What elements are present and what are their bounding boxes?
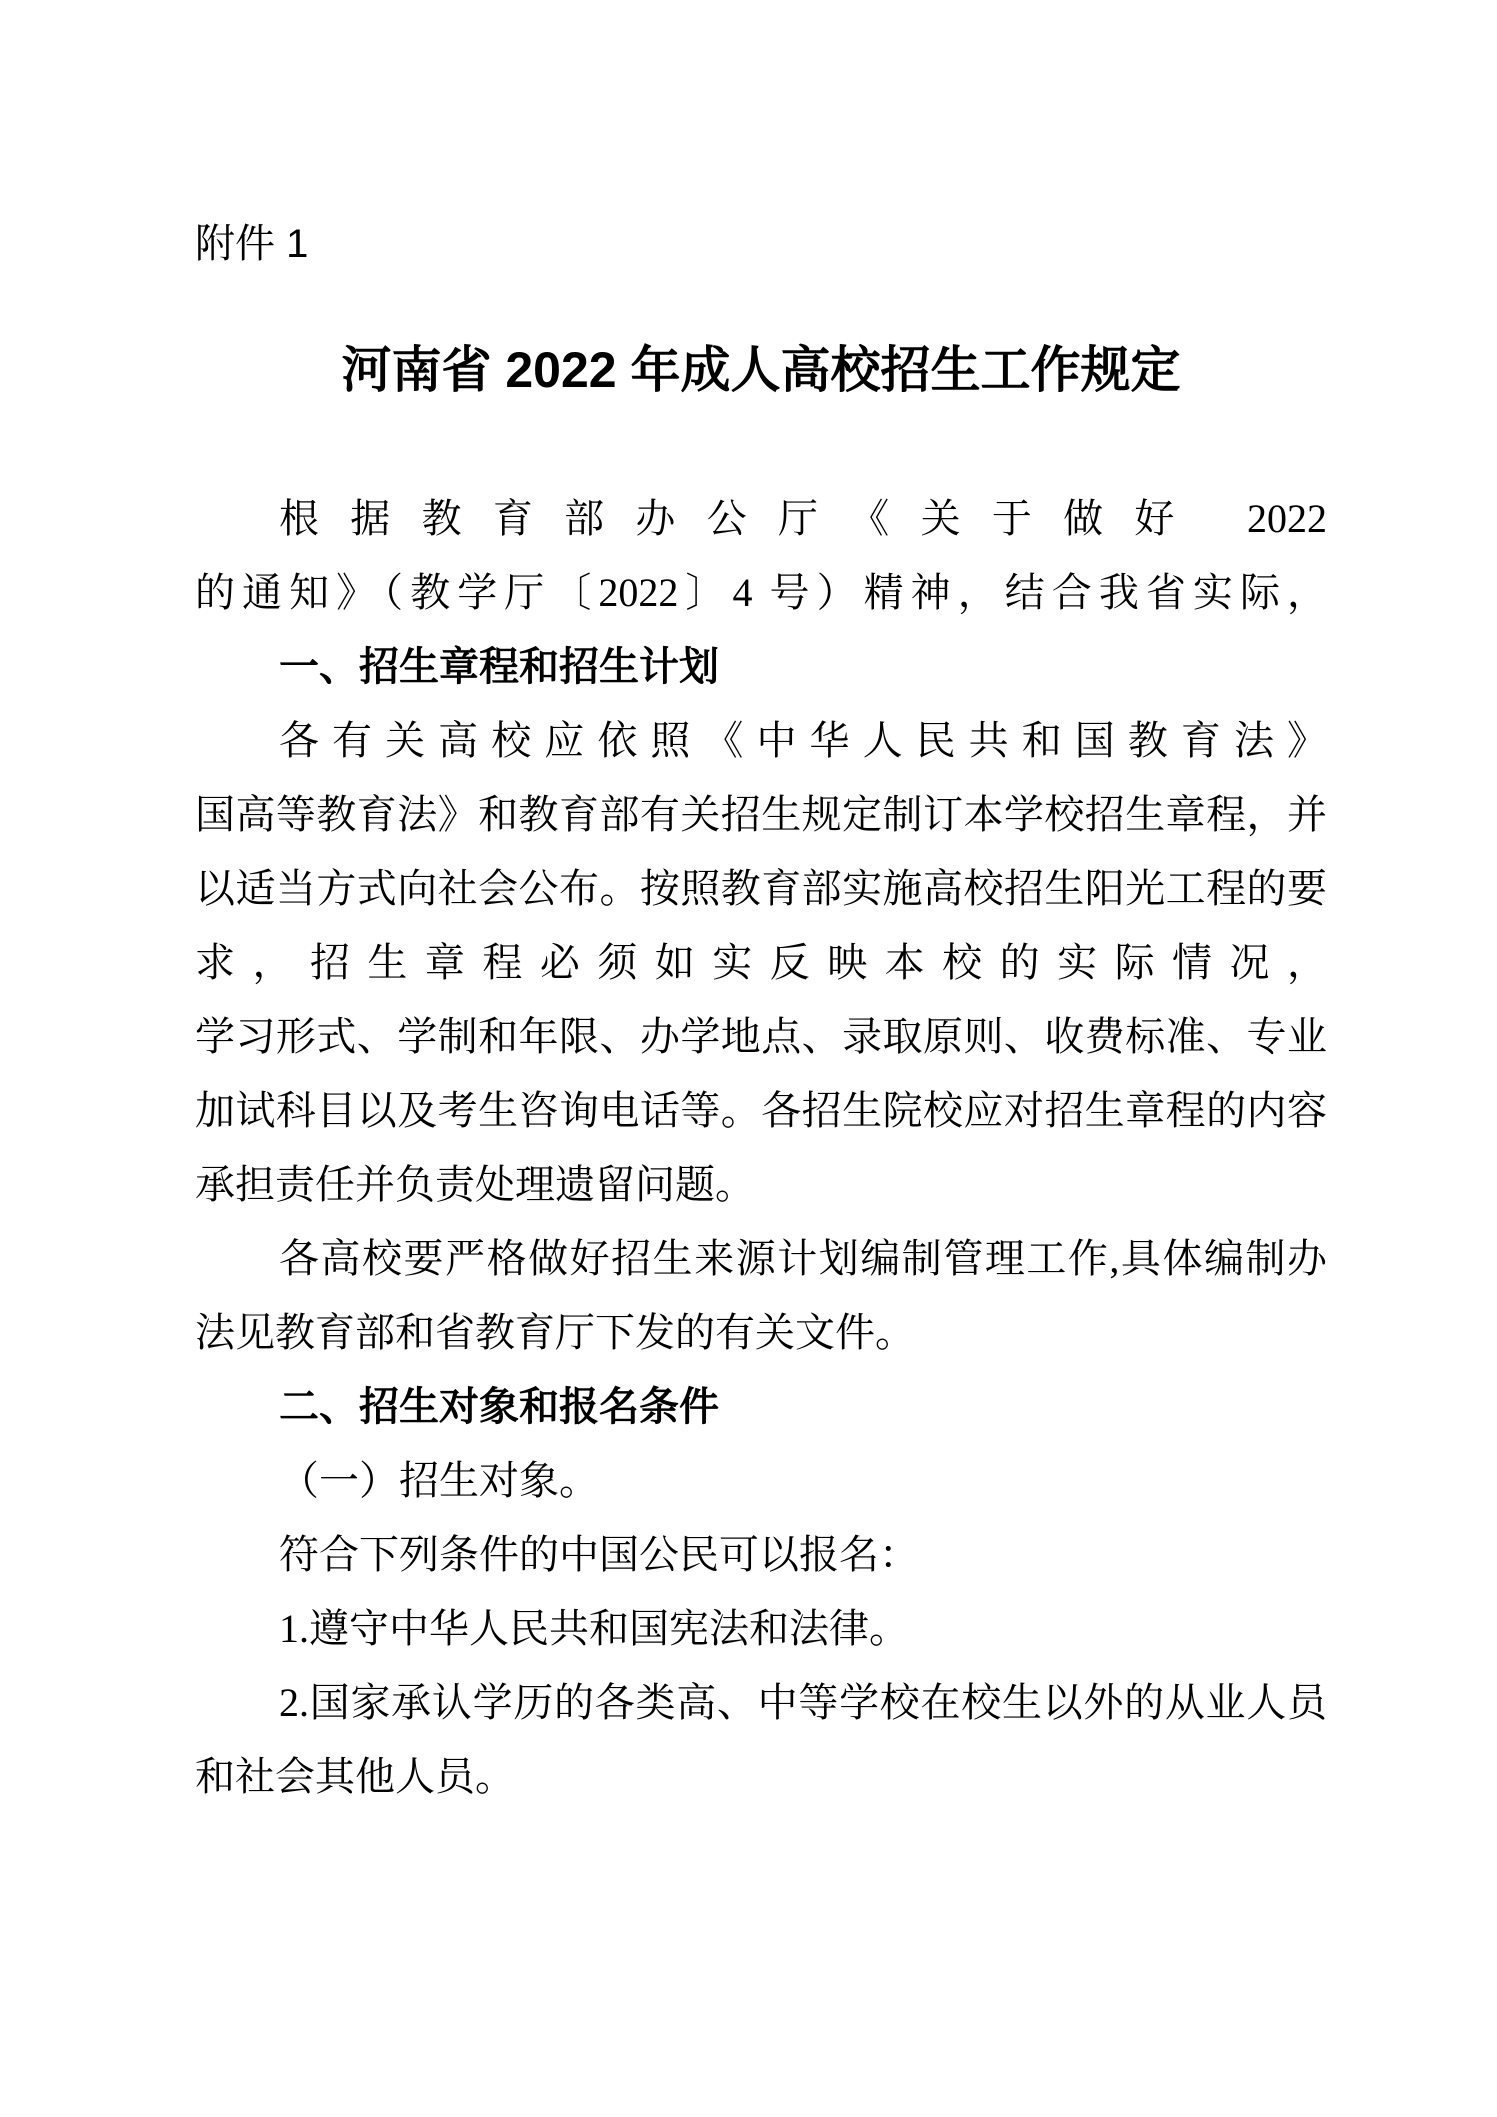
text-line: 的通知》（教学厅〔2022〕4 号）精神，结合我省实际，制定本规定。 <box>195 556 1327 630</box>
document-body: 根据教育部办公厅《关于做好 2022 年全国成人高校招生工作的通知》（教学厅〔2… <box>195 482 1327 1814</box>
paragraph: 符合下列条件的中国公民可以报名： <box>195 1518 1327 1592</box>
text-line: 符合下列条件的中国公民可以报名： <box>195 1518 1327 1592</box>
section-heading: 一、招生章程和招生计划 <box>195 630 1327 704</box>
paragraph: 各高校要严格做好招生来源计划编制管理工作,具体编制办法见教育部和省教育厅下发的有… <box>195 1222 1327 1370</box>
section-heading: 二、招生对象和报名条件 <box>195 1370 1327 1444</box>
attachment-label: 附件 1 <box>195 220 1327 268</box>
text-line: 法见教育部和省教育厅下发的有关文件。 <box>195 1296 1327 1370</box>
text-line: 2.国家承认学历的各类高、中等学校在校生以外的从业人员 <box>195 1666 1327 1740</box>
text-line: 1.遵守中华人民共和国宪法和法律。 <box>195 1592 1327 1666</box>
document-title: 河南省 2022 年成人高校招生工作规定 <box>195 340 1327 400</box>
paragraph: 各有关高校应依照《中华人民共和国教育法》《中华人民共和国高等教育法》和教育部有关… <box>195 704 1327 1222</box>
paragraph: 根据教育部办公厅《关于做好 2022 年全国成人高校招生工作的通知》（教学厅〔2… <box>195 482 1327 630</box>
document-page: 附件 1 河南省 2022 年成人高校招生工作规定 根据教育部办公厅《关于做好 … <box>0 0 1497 2117</box>
paragraph: 2.国家承认学历的各类高、中等学校在校生以外的从业人员和社会其他人员。 <box>195 1666 1327 1814</box>
text-line: 国高等教育法》和教育部有关招生规定制订本学校招生章程，并 <box>195 778 1327 852</box>
text-line: 承担责任并负责处理遗留问题。 <box>195 1148 1327 1222</box>
text-line: 和社会其他人员。 <box>195 1740 1327 1814</box>
text-line: 一、招生章程和招生计划 <box>195 630 1327 704</box>
text-line: （一）招生对象。 <box>195 1444 1327 1518</box>
paragraph: 1.遵守中华人民共和国宪法和法律。 <box>195 1592 1327 1666</box>
text-line: 各有关高校应依照《中华人民共和国教育法》《中华人民共和 <box>195 704 1327 778</box>
text-line: 以适当方式向社会公布。按照教育部实施高校招生阳光工程的要 <box>195 852 1327 926</box>
text-line: 根据教育部办公厅《关于做好 2022 年全国成人高校招生工作 <box>195 482 1327 556</box>
text-line: 各高校要严格做好招生来源计划编制管理工作,具体编制办 <box>195 1222 1327 1296</box>
text-line: 学习形式、学制和年限、办学地点、录取原则、收费标准、专业 <box>195 1000 1327 1074</box>
sub-heading: （一）招生对象。 <box>195 1444 1327 1518</box>
text-line: 二、招生对象和报名条件 <box>195 1370 1327 1444</box>
text-line: 加试科目以及考生咨询电话等。各招生院校应对招生章程的内容 <box>195 1074 1327 1148</box>
text-line: 求，招生章程必须如实反映本校的实际情况，内容包括招生范围、 <box>195 926 1327 1000</box>
